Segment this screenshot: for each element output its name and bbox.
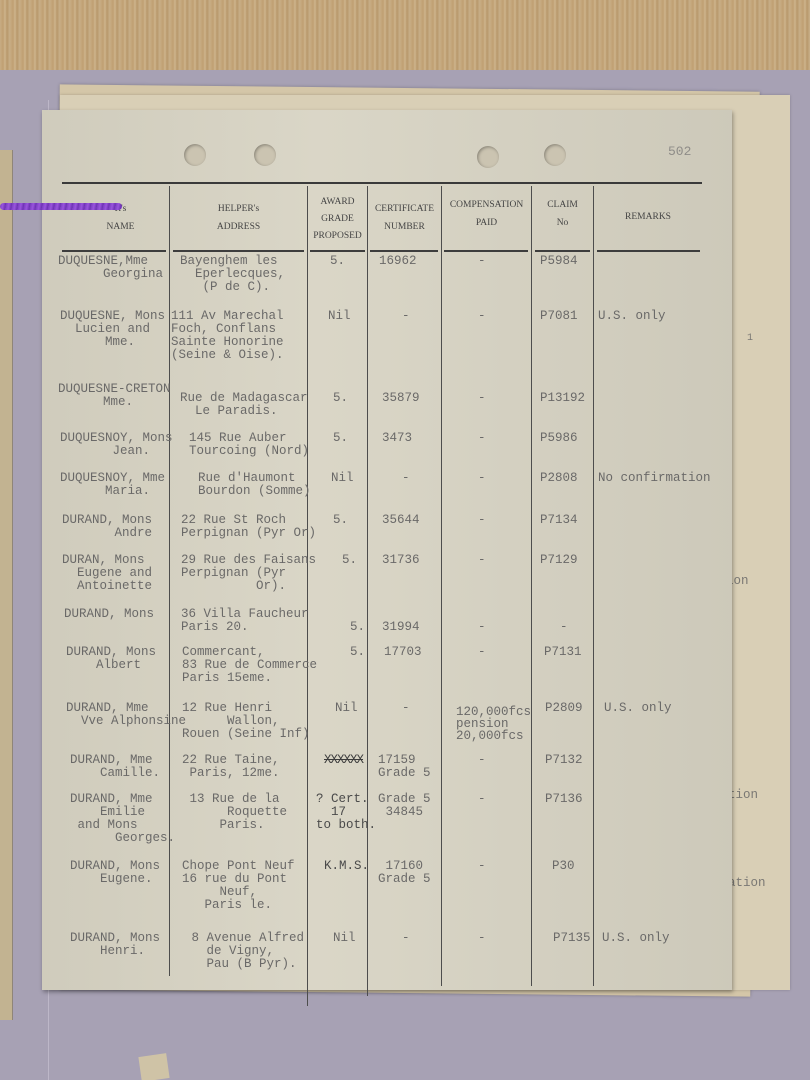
helper-address: 8 Avenue Alfred de Vigny, Pau (B Pyr). <box>184 932 304 971</box>
certificate-number: 17159 Grade 5 <box>378 754 431 780</box>
header-underline <box>597 250 700 252</box>
remarks: U.S. only <box>604 702 672 715</box>
certificate-number: 17160 Grade 5 <box>378 860 431 886</box>
compensation-paid: - <box>478 793 486 806</box>
compensation-paid: - <box>478 621 486 634</box>
award-grade: K.M.S. <box>324 860 369 873</box>
helper-name: DUQUESNE, Mons Lucien and Mme. <box>60 310 165 349</box>
claim-number: P2808 <box>540 472 578 485</box>
punch-hole <box>544 144 566 166</box>
claim-number: - <box>560 621 568 634</box>
compensation-paid: - <box>478 646 486 659</box>
column-divider <box>169 186 170 976</box>
compensation-paid: - <box>478 554 486 567</box>
helper-address: 22 Rue St Roch Perpignan (Pyr Or) <box>181 514 316 540</box>
helper-address: Chope Pont Neuf 16 rue du Pont Neuf, Par… <box>182 860 295 912</box>
header-helper-address: HELPER's ADDRESS <box>170 200 307 236</box>
helper-name: DUQUESNOY, Mme Maria. <box>60 472 165 498</box>
header-underline <box>62 250 166 252</box>
column-divider <box>307 186 308 1006</box>
helper-name: DUQUESNE-CRETON Mme. <box>58 383 171 409</box>
claim-number: P5986 <box>540 432 578 445</box>
header-underline <box>173 250 304 252</box>
paper-scrap <box>138 1053 169 1080</box>
helper-address: 29 Rue des Faisans Perpignan (Pyr Or). <box>181 554 316 593</box>
award-grade: ? Cert. 17 to both. <box>316 793 376 832</box>
certificate-number: - <box>402 310 410 323</box>
compensation-paid: - <box>478 472 486 485</box>
certificate-number: - <box>402 472 410 485</box>
certificate-number: 35879 <box>382 392 420 405</box>
remarks: U.S. only <box>598 310 666 323</box>
claim-number: P7135 <box>553 932 591 945</box>
punch-hole <box>184 144 206 166</box>
header-claim-number: CLAIM No <box>532 196 593 232</box>
helper-name: DURAND, Mons Albert <box>66 646 156 672</box>
award-grade: 5. <box>333 514 348 527</box>
award-grade: 5. <box>350 646 365 659</box>
helper-address: Rue de Madagascar Le Paradis. <box>180 392 308 418</box>
helper-name: DURAND, Mons Henri. <box>70 932 160 958</box>
certificate-number: - <box>402 702 410 715</box>
helper-name: DURAND, Mme Vve Alphonsine <box>66 702 186 728</box>
compensation-paid: - <box>478 860 486 873</box>
compensation-paid: - <box>478 932 486 945</box>
header-top-rule <box>62 182 702 184</box>
page-number: 502 <box>668 144 691 159</box>
compensation-paid: - <box>478 392 486 405</box>
claim-number: P13192 <box>540 392 585 405</box>
claim-number: P7081 <box>540 310 578 323</box>
award-grade: 5. <box>330 255 345 268</box>
helper-address: 13 Rue de la Roquette Paris. <box>182 793 287 832</box>
helper-address: 22 Rue Taine, Paris, 12me. <box>182 754 280 780</box>
remarks: U.S. only <box>602 932 670 945</box>
adjacent-page-edge <box>0 150 13 1020</box>
wooden-desk-background <box>0 0 810 80</box>
remarks: No confirmation <box>598 472 711 485</box>
claim-number: P7134 <box>540 514 578 527</box>
award-grade: 5. <box>342 554 357 567</box>
column-divider <box>441 186 442 986</box>
helper-name: DUQUESNOY, Mons Jean. <box>60 432 173 458</box>
certificate-number: - <box>402 932 410 945</box>
claim-number: P7132 <box>545 754 583 767</box>
helper-name: DURAND, Mons Andre <box>62 514 152 540</box>
claim-number: P2809 <box>545 702 583 715</box>
helper-register-page: 502 R's NAME HELPER's ADDRESS AWARD GRAD… <box>42 110 732 990</box>
header-remarks: REMARKS <box>594 208 702 226</box>
underlying-fragment: tion <box>728 788 758 802</box>
helper-address: 145 Rue Auber Tourcoing (Nord) <box>189 432 309 458</box>
header-underline <box>535 250 590 252</box>
header-award-grade: AWARD GRADE PROPOSED <box>308 194 367 245</box>
claim-number: P7131 <box>544 646 582 659</box>
punch-hole <box>254 144 276 166</box>
helper-name: DURAND, Mme Camille. <box>70 754 160 780</box>
helper-name: DURAND, Mme Emilie and Mons Georges. <box>70 793 175 845</box>
award-grade: Nil <box>328 310 351 323</box>
award-grade: Nil <box>333 932 356 945</box>
helper-address: 12 Rue Henri Wallon, Rouen (Seine Inf) <box>182 702 310 741</box>
header-compensation-paid: COMPENSATION PAID <box>442 196 531 232</box>
certificate-number: 16962 <box>379 255 417 268</box>
compensation-paid: - <box>478 310 486 323</box>
header-certificate-number: CERTIFICATE NUMBER <box>368 200 441 236</box>
compensation-paid: - <box>478 514 486 527</box>
compensation-paid: - <box>478 255 486 268</box>
award-grade: Nil <box>331 472 354 485</box>
certificate-number: 17703 <box>384 646 422 659</box>
award-grade: 5. <box>333 392 348 405</box>
certificate-number: 31736 <box>382 554 420 567</box>
award-grade: Nil <box>335 702 358 715</box>
header-underline <box>444 250 528 252</box>
helper-address: 111 Av Marechal Foch, Conflans Sainte Ho… <box>171 310 284 362</box>
compensation-paid: - <box>478 432 486 445</box>
column-divider <box>367 186 368 996</box>
helper-address: Bayenghem les Eperlecques, (P de C). <box>180 255 285 294</box>
helper-name: DURAND, Mons <box>64 608 154 621</box>
claim-number: P30 <box>552 860 575 873</box>
underlying-fragment: ation <box>728 876 766 890</box>
helper-address: 36 Villa Faucheur Paris 20. <box>181 608 309 634</box>
column-divider <box>531 186 532 986</box>
helper-name: DURAND, Mons Eugene. <box>70 860 160 886</box>
helper-name: DURAN, Mons Eugene and Antoinette <box>62 554 152 593</box>
certificate-number: 31994 <box>382 621 420 634</box>
compensation-paid: - <box>478 754 486 767</box>
compensation-paid: 120,000fcs pension 20,000fcs <box>456 706 531 742</box>
header-underline <box>310 250 365 252</box>
award-grade-struck-out: XXXXXX <box>324 754 363 767</box>
column-divider <box>593 186 594 986</box>
underlying-fragment: 1 <box>747 333 753 344</box>
certificate-number: 3473 <box>382 432 412 445</box>
helper-name: DUQUESNE,Mme Georgina <box>58 255 163 281</box>
punch-hole <box>477 146 499 168</box>
purple-binding-string <box>0 203 122 210</box>
award-grade: 5. <box>350 621 365 634</box>
claim-number: P7136 <box>545 793 583 806</box>
certificate-number: Grade 5 34845 <box>378 793 431 819</box>
claim-number: P5984 <box>540 255 578 268</box>
certificate-number: 35644 <box>382 514 420 527</box>
claim-number: P7129 <box>540 554 578 567</box>
helper-address: Commercant, 83 Rue de Commerce Paris 15e… <box>182 646 317 685</box>
header-underline <box>370 250 438 252</box>
award-grade: 5. <box>333 432 348 445</box>
helper-address: Rue d'Haumont Bourdon (Somme) <box>198 472 311 498</box>
